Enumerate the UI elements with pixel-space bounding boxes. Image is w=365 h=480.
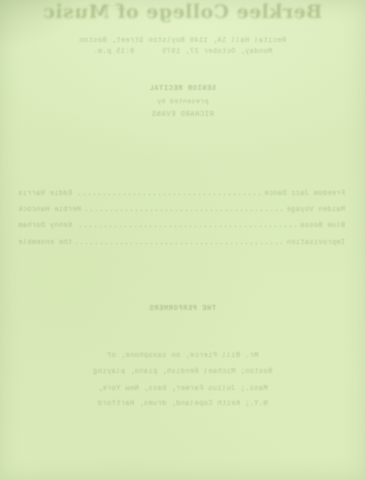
performer-line: Mass.; Julius Farmer, bass, New York,: [0, 385, 365, 393]
dotted-leader: [76, 226, 296, 227]
recital-presented-by-bleedthrough: presented by: [0, 98, 365, 105]
program-composer: Herbie Hancock: [18, 206, 81, 214]
dotted-leader: [85, 210, 282, 211]
scanned-program-page: Berklee College of Music Recital Hall 1A…: [0, 0, 365, 480]
program-title: Blue Bossa: [300, 222, 345, 230]
masthead-bleedthrough: Berklee College of Music: [0, 1, 365, 23]
program-row: Maiden Voyage Herbie Hancock: [18, 206, 345, 214]
program-composer: Kenny Dorham: [18, 222, 72, 230]
program-title: Improvisation: [286, 239, 345, 247]
recital-title-bleedthrough: SENIOR RECITAL: [0, 85, 365, 93]
performer-line: Boston; Michael Rendish, piano, playing: [0, 368, 365, 376]
venue-line-bleedthrough: Recital Hall 1A, 1140 Boylston Street, B…: [0, 37, 365, 45]
performer-line: Mr. Bill Pierce, on saxophone, of: [0, 352, 365, 360]
bleedthrough-layer: Berklee College of Music Recital Hall 1A…: [0, 0, 365, 480]
program-title: Maiden Voyage: [286, 206, 345, 214]
performers-heading-bleedthrough: THE PERFORMERS: [0, 305, 365, 313]
recital-name-bleedthrough: RICHARD EVANS: [0, 111, 365, 119]
program-row: Freedom Jazz Dance Eddie Harris: [18, 190, 345, 198]
program-row: Blue Bossa Kenny Dorham: [18, 222, 345, 230]
program-composer: the ensemble: [18, 239, 72, 247]
performer-line: N.Y.; Keith Copeland, drums, Hartford: [0, 400, 365, 408]
program-row: Improvisation the ensemble: [18, 239, 345, 247]
program-title: Freedom Jazz Dance: [264, 190, 345, 198]
dotted-leader: [76, 194, 260, 195]
date-line-bleedthrough: Monday, October 27, 1975 8:15 p.m.: [0, 48, 365, 56]
dotted-leader: [76, 243, 282, 244]
program-composer: Eddie Harris: [18, 190, 72, 198]
